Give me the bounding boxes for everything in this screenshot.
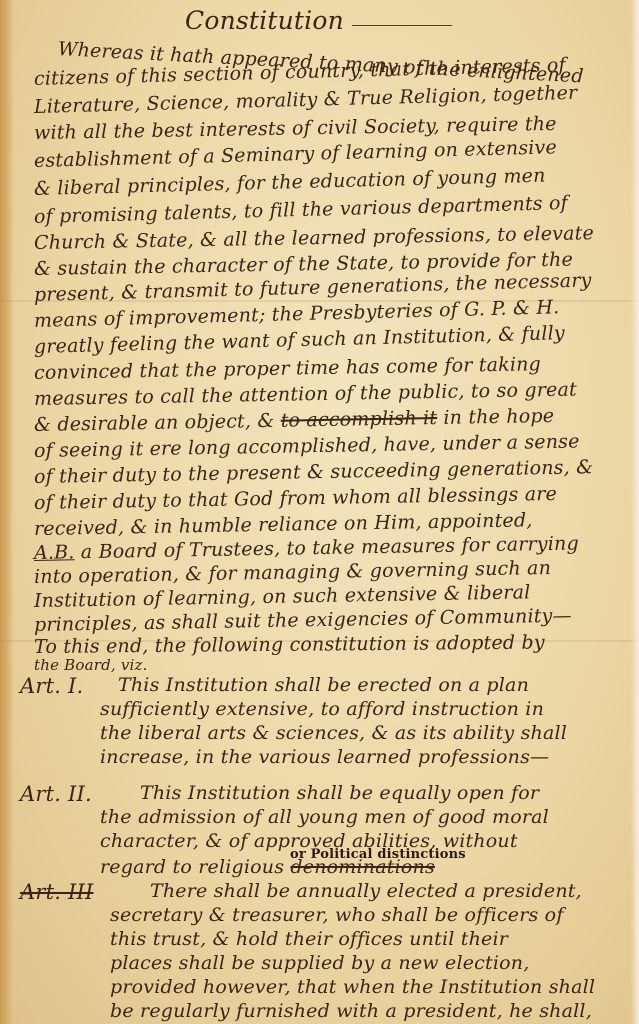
article-line: provided however, that when the Institut…	[110, 976, 595, 998]
article-line: this trust, & hold their offices until t…	[110, 928, 508, 950]
article-label-struck: Art. III	[20, 880, 93, 904]
preamble-line: the Board, viz.	[34, 656, 148, 674]
article-line: secretary & treasurer, who shall be offi…	[110, 904, 564, 926]
article-line: regard to religious denominations	[100, 856, 435, 878]
article-label: Art. II.	[20, 782, 92, 806]
struck-phrase: to accomplish it	[281, 407, 438, 432]
article-line: sufficiently extensive, to afford instru…	[100, 698, 544, 720]
preamble-text: & desirable an object, &	[34, 410, 275, 436]
manuscript-page: Constitution Whereas it hath appeared to…	[0, 0, 639, 1024]
article-line: There shall be annually elected a presid…	[150, 880, 582, 902]
struck-word: denominations	[290, 856, 434, 878]
article-text: regard to religious	[100, 856, 284, 878]
title-underline	[352, 25, 452, 26]
preamble-text: in the hope	[443, 405, 554, 429]
preamble-line: convinced that the proper time has come …	[34, 353, 541, 384]
article-line: This Institution shall be erected on a p…	[118, 674, 529, 696]
initials: A.B.	[34, 541, 75, 564]
document-title: Constitution	[185, 6, 344, 35]
article-line: the liberal arts & sciences, & as its ab…	[100, 722, 567, 744]
article-label: Art. I.	[20, 674, 83, 698]
article-line: increase, in the various learned profess…	[100, 746, 549, 768]
article-line: be regularly furnished with a president,…	[110, 1000, 592, 1022]
article-line: This Institution shall be equally open f…	[140, 782, 539, 804]
preamble-line: To this end, the following constitution …	[34, 632, 545, 658]
article-line: the admission of all young men of good m…	[100, 806, 549, 828]
article-line: places shall be supplied by a new electi…	[110, 952, 529, 974]
